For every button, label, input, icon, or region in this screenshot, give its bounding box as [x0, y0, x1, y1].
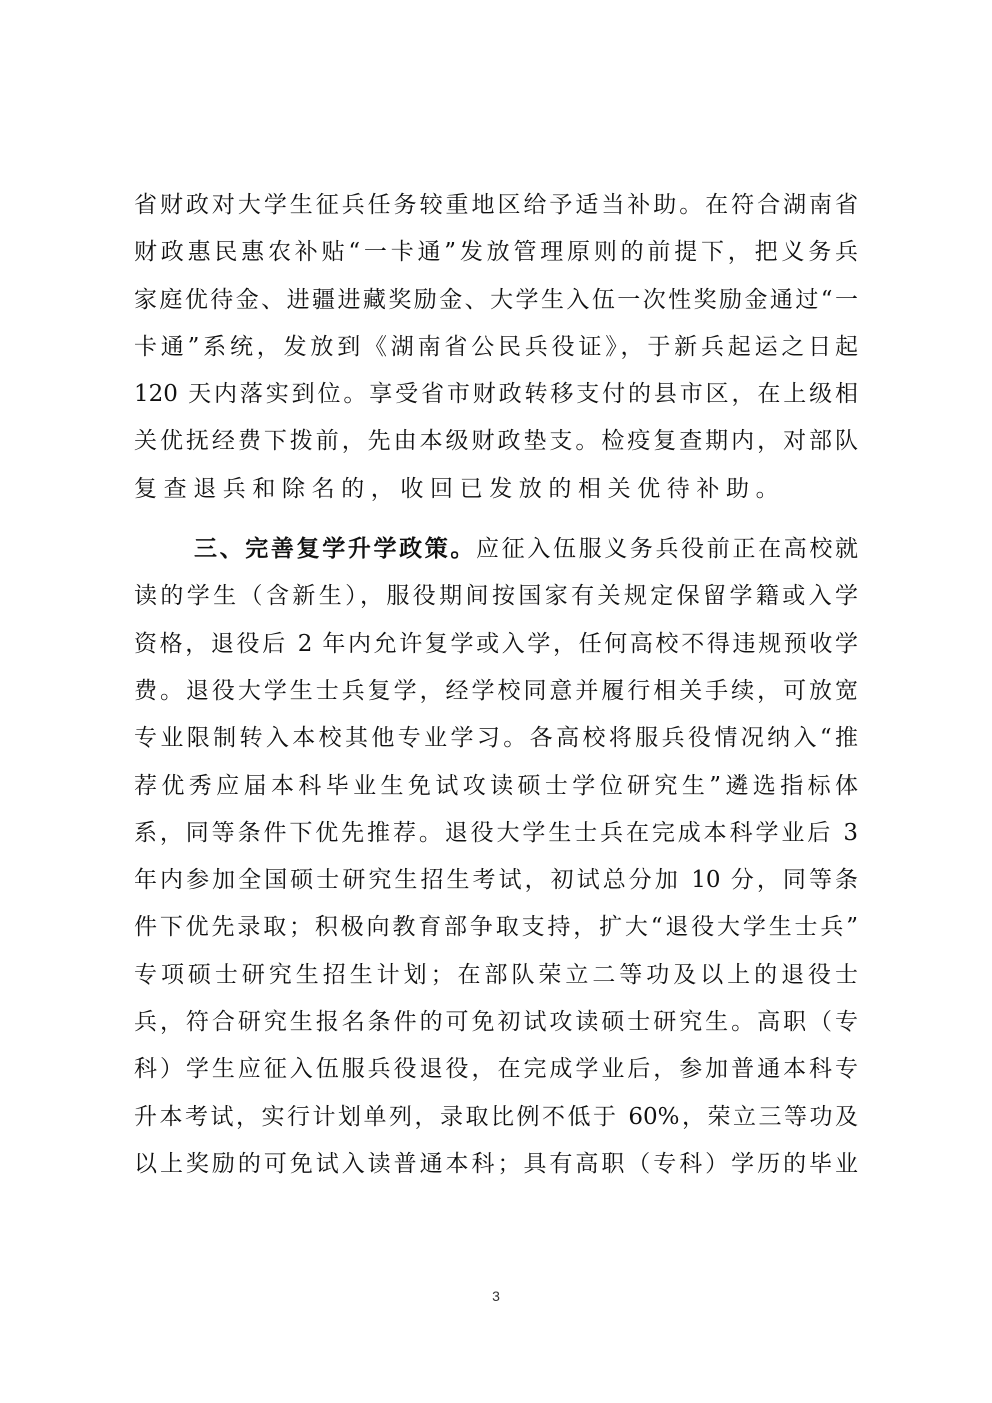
text-line: 升本考试，实行计划单列，录取比例不低于 60%，荣立三等功及 — [134, 1094, 858, 1141]
text-line: 读的学生（含新生），服役期间按国家有关规定保留学籍或入学 — [134, 573, 858, 620]
text-line: 件下优先录取；积极向教育部争取支持，扩大“退役大学生士兵” — [134, 904, 858, 951]
text-line: 专业限制转入本校其他专业学习。各高校将服兵役情况纳入“推 — [134, 715, 858, 762]
section-heading: 三、完善复学升学政策。 — [194, 536, 476, 562]
text-line: 120 天内落实到位。享受省市财政转移支付的县市区，在上级相 — [134, 371, 858, 418]
text-line: 兵，符合研究生报名条件的可免初试攻读硕士研究生。高职（专 — [134, 999, 858, 1046]
text-line: 以上奖励的可免试入读普通本科；具有高职（专科）学历的毕业 — [134, 1141, 858, 1188]
text-line: 系，同等条件下优先推荐。退役大学生士兵在完成本科学业后 3 — [134, 810, 858, 857]
text-line: 荐优秀应届本科毕业生免试攻读硕士学位研究生”遴选指标体 — [134, 763, 858, 810]
text-line: 家庭优待金、进疆进藏奖励金、大学生入伍一次性奖励金通过“一 — [134, 277, 858, 324]
paragraph-spacing — [134, 513, 858, 526]
heading-followup-text: 应征入伍服义务兵役前正在高校就 — [476, 536, 858, 562]
page-number: 3 — [0, 1288, 992, 1304]
paragraph-2: 三、完善复学升学政策。应征入伍服义务兵役前正在高校就 读的学生（含新生），服役期… — [134, 526, 858, 1188]
document-body: 省财政对大学生征兵任务较重地区给予适当补助。在符合湖南省 财政惠民惠农补贴“一卡… — [134, 182, 858, 1188]
text-line: 资格，退役后 2 年内允许复学或入学，任何高校不得违规预收学 — [134, 621, 858, 668]
text-line: 省财政对大学生征兵任务较重地区给予适当补助。在符合湖南省 — [134, 182, 858, 229]
text-line: 年内参加全国硕士研究生招生考试，初试总分加 10 分，同等条 — [134, 857, 858, 904]
text-line: 卡通”系统，发放到《湖南省公民兵役证》，于新兵起运之日起 — [134, 324, 858, 371]
document-page: 省财政对大学生征兵任务较重地区给予适当补助。在符合湖南省 财政惠民惠农补贴“一卡… — [0, 0, 992, 1403]
text-line: 专项硕士研究生招生计划；在部队荣立二等功及以上的退役士 — [134, 952, 858, 999]
text-line: 费。退役大学生士兵复学，经学校同意并履行相关手续，可放宽 — [134, 668, 858, 715]
text-line: 财政惠民惠农补贴“一卡通”发放管理原则的前提下，把义务兵 — [134, 229, 858, 276]
text-line: 科）学生应征入伍服兵役退役，在完成学业后，参加普通本科专 — [134, 1046, 858, 1093]
text-line: 复查退兵和除名的，收回已发放的相关优待补助。 — [134, 466, 858, 513]
paragraph-1: 省财政对大学生征兵任务较重地区给予适当补助。在符合湖南省 财政惠民惠农补贴“一卡… — [134, 182, 858, 513]
text-line-first: 三、完善复学升学政策。应征入伍服义务兵役前正在高校就 — [134, 526, 858, 573]
text-line: 关优抚经费下拨前，先由本级财政垫支。检疫复查期内，对部队 — [134, 418, 858, 465]
